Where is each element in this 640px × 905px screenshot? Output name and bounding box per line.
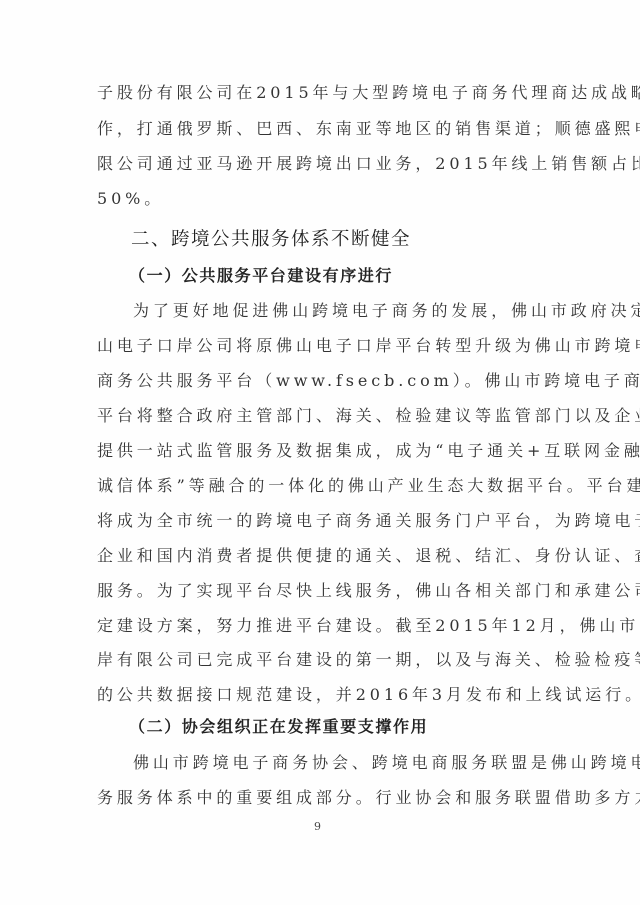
page-number: 9: [314, 820, 321, 833]
document-page: 子股份有限公司在2015年与大型跨境电子商务代理商达成战略合 作，打通俄罗斯、巴…: [0, 0, 640, 905]
text-line: 为了更好地促进佛山跨境电子商务的发展，佛山市政府决定由佛: [133, 300, 593, 322]
subsection-heading-1: （一）公共服务平台建设有序进行: [129, 265, 393, 287]
text-line: 作，打通俄罗斯、巴西、东南亚等地区的销售渠道；顺德盛熙电器有: [97, 118, 557, 140]
section-heading: 二、跨境公共服务体系不断健全: [131, 228, 411, 252]
text-line: 的公共数据接口规范建设，并2016年3月发布和上线试运行。: [97, 684, 557, 706]
text-line: 平台将整合政府主管部门、海关、检验建议等监管部门以及企业资源，: [97, 405, 557, 427]
text-line: 佛山市跨境电子商务协会、跨境电商服务联盟是佛山跨境电子商: [133, 752, 593, 774]
subsection-heading-2: （二）协会组织正在发挥重要支撑作用: [129, 716, 428, 738]
text-line: 限公司通过亚马逊开展跨境出口业务，2015年线上销售额占比升至: [97, 153, 557, 175]
text-line: 定建设方案，努力推进平台建设。截至2015年12月，佛山市电子口: [97, 615, 557, 637]
text-line: 提供一站式监管服务及数据集成，成为“电子通关+互联网金融+企业: [97, 440, 557, 462]
text-line: 子股份有限公司在2015年与大型跨境电子商务代理商达成战略合: [97, 82, 557, 104]
text-line: 企业和国内消费者提供便捷的通关、退税、结汇、身份认证、查询等: [97, 545, 557, 567]
text-line: 岸有限公司已完成平台建设的第一期，以及与海关、检验检疫等部门: [97, 649, 557, 671]
text-line: 商务公共服务平台（www.fsecb.com）。佛山市跨境电子商务公共服务: [97, 370, 557, 392]
text-line: 50%。: [97, 188, 557, 210]
text-line: 将成为全市统一的跨境电子商务通关服务门户平台，为跨境电子商务: [97, 510, 557, 532]
text-line: 服务。为了实现平台尽快上线服务，佛山各相关部门和承建公司，制: [97, 580, 557, 602]
text-line: 务服务体系中的重要组成部分。行业协会和服务联盟借助多方力量，: [97, 787, 557, 809]
text-line: 诚信体系”等融合的一体化的佛山产业生态大数据平台。平台建成后: [97, 475, 557, 497]
text-line: 山电子口岸公司将原佛山电子口岸平台转型升级为佛山市跨境电子: [97, 335, 557, 357]
